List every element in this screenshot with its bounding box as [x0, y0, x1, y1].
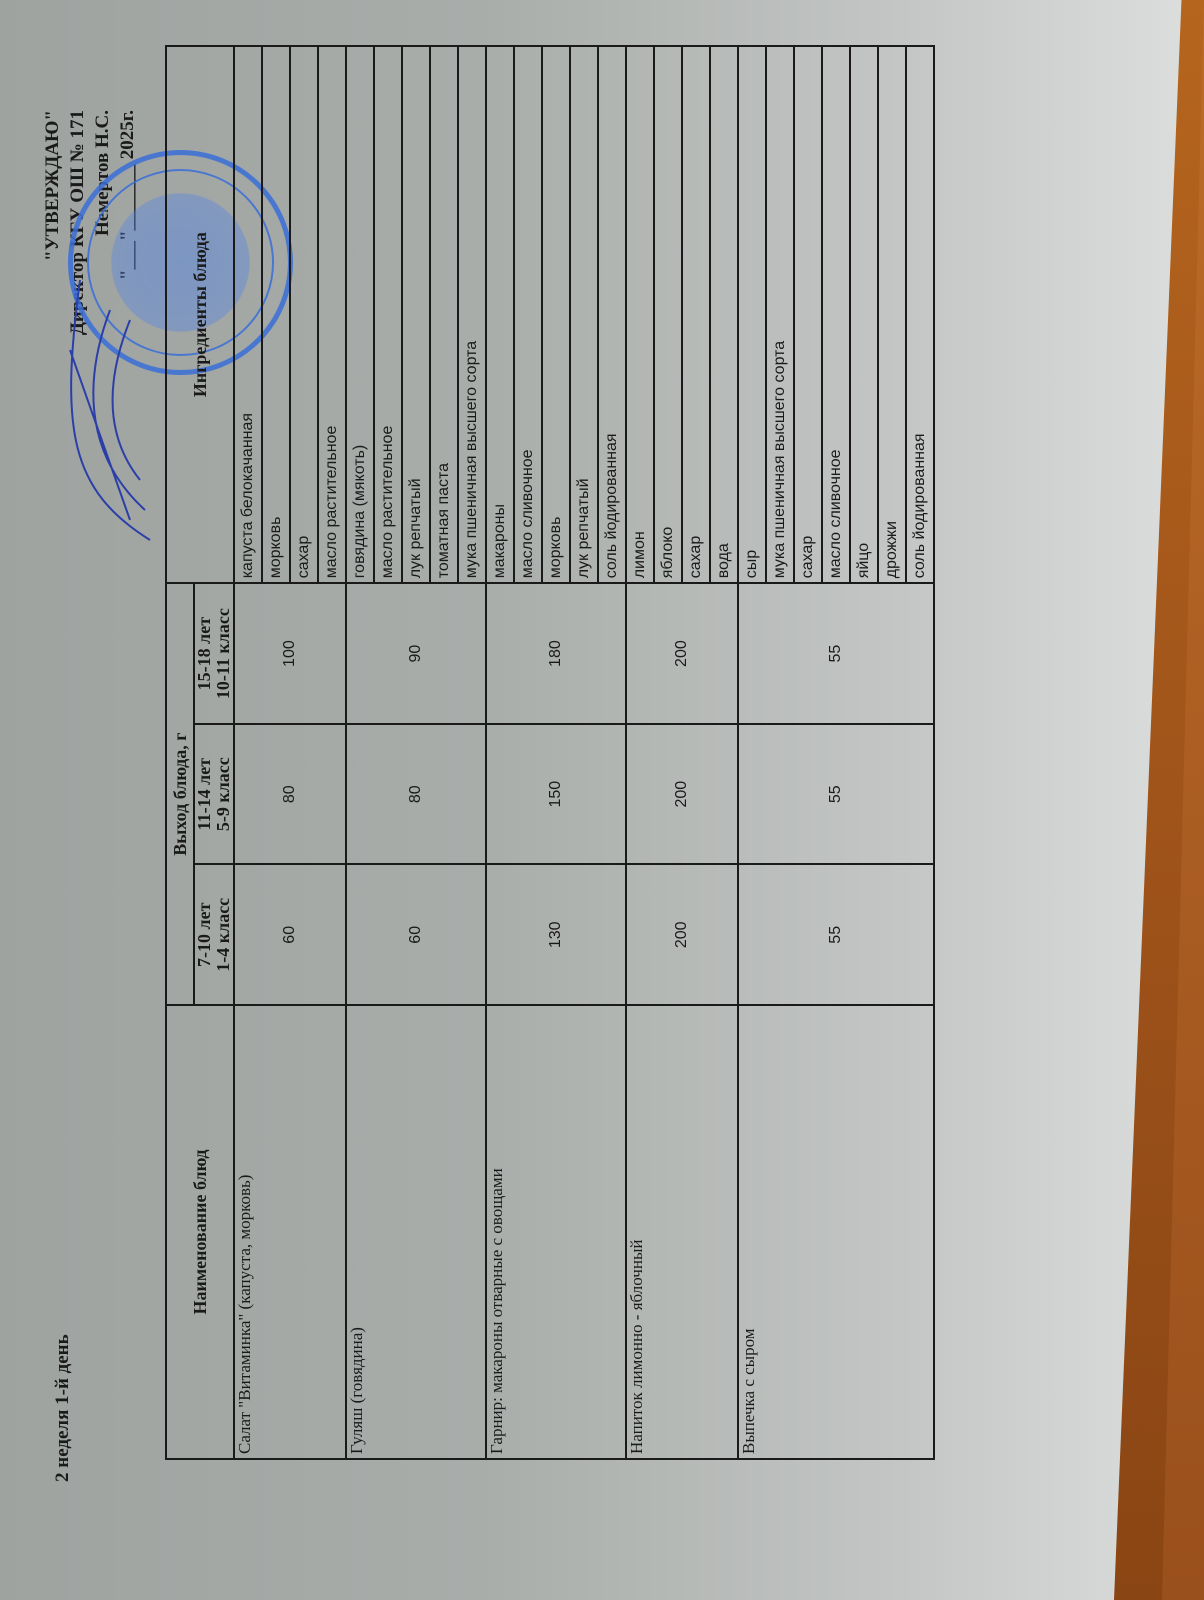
ingredient: сахар	[290, 46, 318, 583]
portion-weight: 55	[738, 864, 934, 1005]
portion-weight: 200	[626, 583, 738, 724]
signature-icon	[50, 270, 170, 550]
header-output: Выход блюда, г	[166, 583, 194, 1005]
ingredient: мука пшеничная высшего сорта	[458, 46, 486, 583]
dish-name: Салат "Витаминка" (капуста, морковь)	[234, 1005, 346, 1459]
ingredient: яблоко	[654, 46, 682, 583]
portion-weight: 150	[486, 724, 626, 865]
ingredient: масло сливочное	[822, 46, 850, 583]
ingredient: сахар	[794, 46, 822, 583]
ingredient: лук репчатый	[570, 46, 598, 583]
portion-weight: 130	[486, 864, 626, 1005]
ingredient: масло растительное	[374, 46, 402, 583]
header-age-group: 7-10 лет1-4 класс	[194, 864, 234, 1005]
portion-weight: 180	[486, 583, 626, 724]
ingredient: дрожжи	[878, 46, 906, 583]
portion-weight: 80	[234, 724, 346, 865]
dish-name: Гуляш (говядина)	[346, 1005, 486, 1459]
portion-weight: 60	[234, 864, 346, 1005]
ingredient: мука пшеничная высшего сорта	[766, 46, 794, 583]
portion-weight: 55	[738, 583, 934, 724]
ingredient: лук репчатый	[402, 46, 430, 583]
grade-range: 5-9 класс	[214, 729, 233, 860]
portion-weight: 90	[346, 583, 486, 724]
age-range: 15-18 лет	[195, 588, 214, 719]
ingredient: масло сливочное	[514, 46, 542, 583]
ingredient: морковь	[542, 46, 570, 583]
ingredient: лимон	[626, 46, 654, 583]
ingredient: масло растительное	[318, 46, 346, 583]
ingredient: капуста белокачанная	[234, 46, 262, 583]
ingredient: соль йодированная	[906, 46, 934, 583]
table-row: Гарнир: макароны отварные с овощами13015…	[486, 46, 514, 1459]
table-row: Гуляш (говядина)608090говядина (мякоть)	[346, 46, 374, 1459]
portion-weight: 60	[346, 864, 486, 1005]
portion-weight: 80	[346, 724, 486, 865]
menu-table: Наименование блюд Выход блюда, г Ингреди…	[165, 45, 935, 1460]
header-ingredients: Ингредиенты блюда	[166, 46, 234, 583]
dish-name: Выпечка с сыром	[738, 1005, 934, 1459]
table-row: Выпечка с сыром555555сыр	[738, 46, 766, 1459]
dish-name: Напиток лимонно - яблочный	[626, 1005, 738, 1459]
ingredient: соль йодированная	[598, 46, 626, 583]
ingredient: морковь	[262, 46, 290, 583]
age-range: 7-10 лет	[195, 869, 214, 1000]
portion-weight: 200	[626, 724, 738, 865]
dish-name: Гарнир: макароны отварные с овощами	[486, 1005, 626, 1459]
table-row: Напиток лимонно - яблочный200200200лимон	[626, 46, 654, 1459]
header-age-group: 15-18 лет10-11 класс	[194, 583, 234, 724]
ingredient: томатная паста	[430, 46, 458, 583]
portion-weight: 55	[738, 724, 934, 865]
ingredient: вода	[710, 46, 738, 583]
ingredient: яйцо	[850, 46, 878, 583]
ingredient: макароны	[486, 46, 514, 583]
grade-range: 1-4 класс	[214, 869, 233, 1000]
day-title: 2 неделя 1-й день	[52, 1334, 74, 1482]
header-age-group: 11-14 лет5-9 класс	[194, 724, 234, 865]
portion-weight: 100	[234, 583, 346, 724]
portion-weight: 200	[626, 864, 738, 1005]
header-dish-name: Наименование блюд	[166, 1005, 234, 1459]
table-row: Салат "Витаминка" (капуста, морковь)6080…	[234, 46, 262, 1459]
grade-range: 10-11 класс	[214, 588, 233, 719]
ingredient: сахар	[682, 46, 710, 583]
ingredient: сыр	[738, 46, 766, 583]
ingredient: говядина (мякоть)	[346, 46, 374, 583]
document-page: 2 неделя 1-й день "УТВЕРЖДАЮ" Директор К…	[40, 80, 1050, 1500]
age-range: 11-14 лет	[195, 729, 214, 860]
